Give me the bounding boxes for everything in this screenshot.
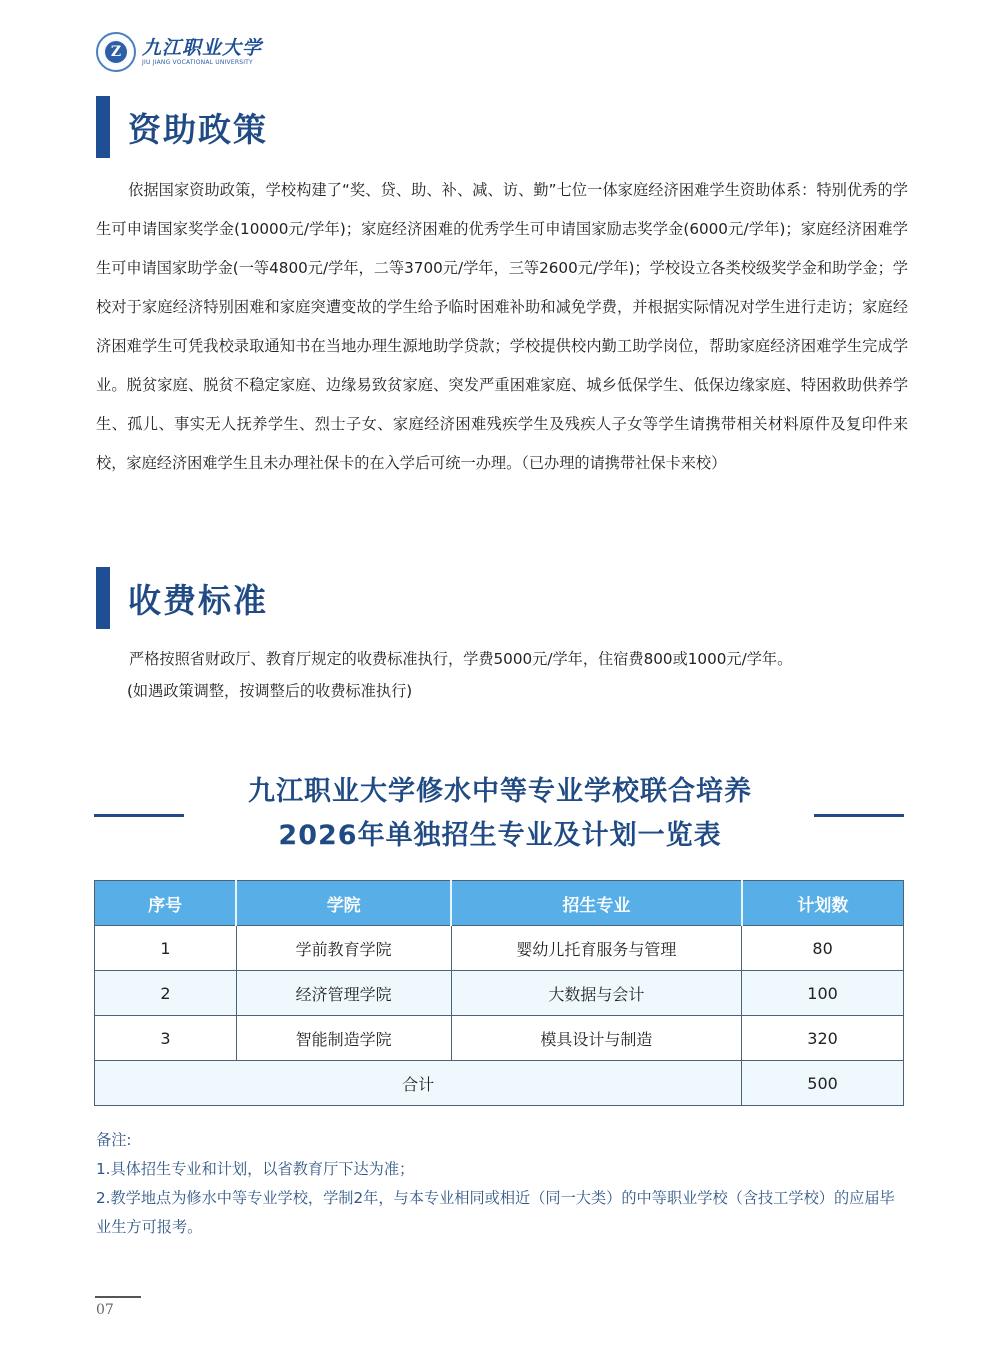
cell-plan: 320	[742, 1016, 904, 1061]
cell-major: 模具设计与制造	[451, 1016, 742, 1061]
enrollment-plan-table: 序号 学院 招生专业 计划数 1 学前教育学院 婴幼儿托育服务与管理 80 2 …	[94, 880, 904, 1106]
aid-policy-title: 资助政策	[128, 104, 268, 151]
cell-number: 3	[95, 1016, 237, 1061]
cell-plan: 100	[742, 971, 904, 1016]
page-number: 07	[96, 1302, 114, 1318]
emblem-letter: Z	[105, 41, 127, 63]
fee-standard-heading: 收费标准	[96, 567, 268, 629]
table-header-row: 序号 学院 招生专业 计划数	[95, 881, 904, 926]
table-row: 2 经济管理学院 大数据与会计 100	[95, 971, 904, 1016]
logo-text: 九江职业大学 JIU JIANG VOCATIONAL UNIVERSITY	[142, 37, 262, 67]
fee-line-2: (如遇政策调整，按调整后的收费标准执行)	[127, 675, 792, 707]
cell-plan: 80	[742, 926, 904, 971]
page-number-rule	[95, 1296, 141, 1298]
notes-heading: 备注:	[96, 1126, 908, 1155]
cell-major: 大数据与会计	[451, 971, 742, 1016]
note-item-2: 2.教学地点为修水中等专业学校，学制2年，与本专业相同或相近（同一大类）的中等职…	[96, 1184, 908, 1242]
cell-number: 1	[95, 926, 237, 971]
fee-line-1: 严格按照省财政厅、教育厅规定的收费标准执行，学费5000元/学年，住宿费800或…	[129, 643, 792, 675]
logo-english-name: JIU JIANG VOCATIONAL UNIVERSITY	[142, 59, 262, 67]
university-emblem-icon: Z	[96, 32, 136, 72]
cell-college: 智能制造学院	[236, 1016, 451, 1061]
total-value: 500	[742, 1061, 904, 1106]
fee-standard-title: 收费标准	[128, 575, 268, 622]
header-number: 序号	[95, 881, 237, 926]
note-item-1: 1.具体招生专业和计划，以省教育厅下达为准；	[96, 1155, 908, 1184]
cell-number: 2	[95, 971, 237, 1016]
logo-chinese-name: 九江职业大学	[142, 37, 262, 59]
table-row: 1 学前教育学院 婴幼儿托育服务与管理 80	[95, 926, 904, 971]
table-total-row: 合计 500	[95, 1061, 904, 1106]
cell-college: 经济管理学院	[236, 971, 451, 1016]
header-major: 招生专业	[451, 881, 742, 926]
header-college: 学院	[236, 881, 451, 926]
section-accent-bar	[96, 567, 110, 629]
cell-major: 婴幼儿托育服务与管理	[451, 926, 742, 971]
header-plan-count: 计划数	[742, 881, 904, 926]
plan-table-title-line1: 九江职业大学修水中等专业学校联合培养	[0, 770, 1000, 814]
aid-policy-paragraph: 依据国家资助政策，学校构建了“奖、贷、助、补、减、访、勤”七位一体家庭经济困难学…	[96, 171, 908, 483]
aid-policy-text: 依据国家资助政策，学校构建了“奖、贷、助、补、减、访、勤”七位一体家庭经济困难学…	[96, 181, 908, 472]
plan-table-title-line2: 2026年单独招生专业及计划一览表	[0, 814, 1000, 858]
fee-standard-text: 严格按照省财政厅、教育厅规定的收费标准执行，学费5000元/学年，住宿费800或…	[129, 643, 792, 707]
notes-block: 备注: 1.具体招生专业和计划，以省教育厅下达为准； 2.教学地点为修水中等专业…	[96, 1126, 908, 1242]
section-accent-bar	[96, 96, 110, 158]
university-logo: Z 九江职业大学 JIU JIANG VOCATIONAL UNIVERSITY	[96, 32, 262, 72]
table-row: 3 智能制造学院 模具设计与制造 320	[95, 1016, 904, 1061]
cell-college: 学前教育学院	[236, 926, 451, 971]
aid-policy-heading: 资助政策	[96, 96, 268, 158]
plan-table-title: 九江职业大学修水中等专业学校联合培养 2026年单独招生专业及计划一览表	[0, 770, 1000, 858]
total-label: 合计	[95, 1061, 742, 1106]
